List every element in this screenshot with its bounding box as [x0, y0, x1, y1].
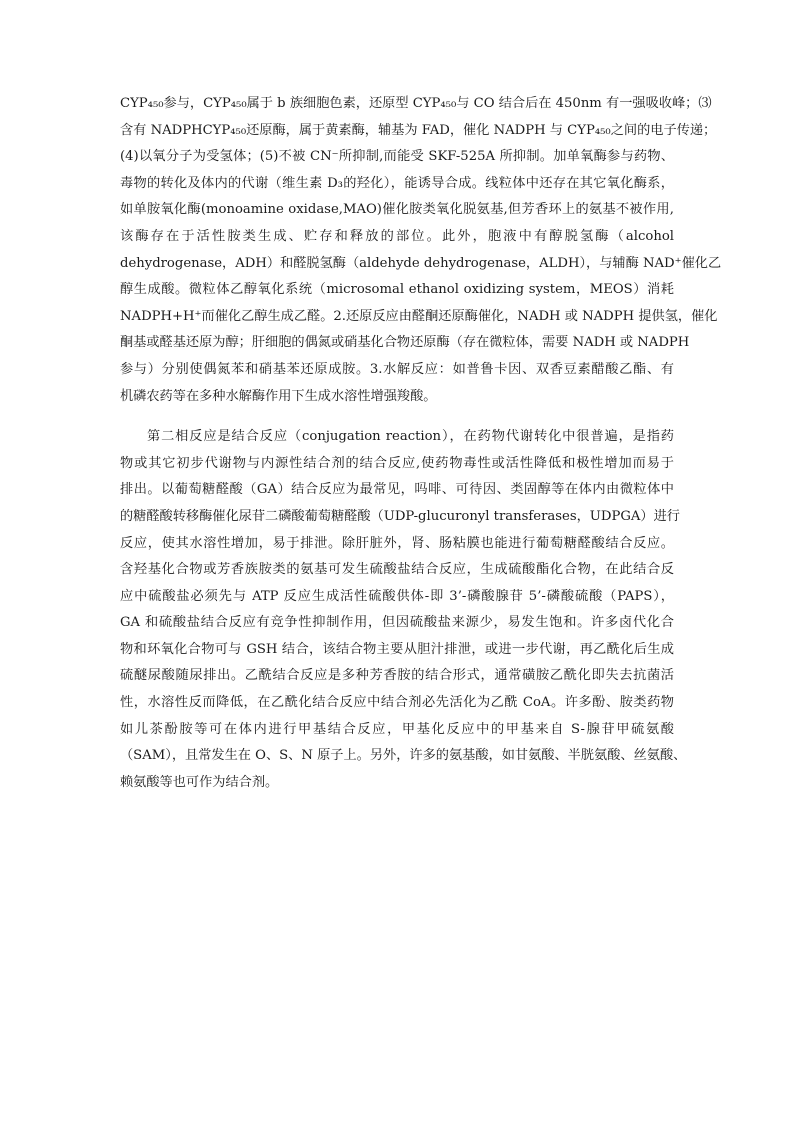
text-line: 赖氨酸等也可作为结合剂。	[120, 770, 674, 797]
text-line: 含羟基化合物或芳香族胺类的氨基可发生硫酸盐结合反应，生成硫酸酯化合物，在此结合反	[120, 557, 674, 584]
text-line: 性，水溶性反而降低，在乙酰化结合反应中结合剂必先活化为乙酰 CoA。许多酚、胺类…	[120, 690, 674, 717]
paragraph-spacer	[120, 410, 674, 424]
text-line: 如单胺氧化酶(monoamine oxidase,MAO)催化胺类氧化脱氨基,但…	[120, 197, 674, 224]
text-line: 的糖醛酸转移酶催化尿苷二磷酸葡萄糖醛酸（UDP-glucuronyl trans…	[120, 504, 674, 531]
text-line: 硫醚尿酸随尿排出。乙酰结合反应是多种芳香胺的结合形式，通常磺胺乙酰化即失去抗菌活	[120, 663, 674, 690]
text-line: 第二相反应是结合反应（conjugation reaction），在药物代谢转化…	[120, 424, 674, 451]
text-line: 物和环氧化合物可与 GSH 结合，该结合物主要从胆汁排泄，或进一步代谢，再乙酰化…	[120, 637, 674, 664]
text-line: 醇生成酸。微粒体乙醇氧化系统（microsomal ethanol oxidiz…	[120, 277, 674, 304]
text-line: GA 和硫酸盐结合反应有竞争性抑制作用，但因硫酸盐来源少，易发生饱和。许多卤代化…	[120, 610, 674, 637]
text-line: 排出。以葡萄糖醛酸（GA）结合反应为最常见，吗啡、可待因、类固醇等在体内由微粒体…	[120, 477, 674, 504]
text-line: 反应，使其水溶性增加，易于排泄。除肝脏外，肾、肠粘膜也能进行葡萄糖醛酸结合反应。	[120, 531, 674, 558]
text-line: 毒物的转化及体内的代谢（维生素 D₃的羟化），能诱导合成。线粒体中还存在其它氧化…	[120, 171, 674, 198]
text-line: 如儿茶酚胺等可在体内进行甲基结合反应，甲基化反应中的甲基来自 S-腺苷甲硫氨酸	[120, 717, 674, 744]
text-line: 机磷农药等在多种水解酶作用下生成水溶性增强羧酸。	[120, 384, 674, 411]
text-line: dehydrogenase，ADH）和醛脱氢酶（aldehyde dehydro…	[120, 251, 674, 278]
text-line: 应中硫酸盐必须先与 ATP 反应生成活性硫酸供体-即 3’-磷酸腺苷 5’-磷酸…	[120, 584, 674, 611]
text-line: 该酶存在于活性胺类生成、贮存和释放的部位。此外，胞液中有醇脱氢酶（alcohol	[120, 224, 674, 251]
text-line: CYP₄₅₀参与，CYP₄₅₀属于 b 族细胞色素，还原型 CYP₄₅₀与 CO…	[120, 91, 674, 118]
text-line: 酮基或醛基还原为醇；肝细胞的偶氮或硝基化合物还原酶（存在微粒体，需要 NADH …	[120, 330, 674, 357]
text-line: 含有 NADPHCYP₄₅₀还原酶，属于黄素酶，辅基为 FAD，催化 NADPH…	[120, 118, 674, 145]
text-line: NADPH+H⁺而催化乙醇生成乙醛。2.还原反应由醛酮还原酶催化，NADH 或 …	[120, 304, 674, 331]
text-line: 参与）分别使偶氮苯和硝基苯还原成胺。3.水解反应：如普鲁卡因、双香豆素醋酸乙酯、…	[120, 357, 674, 384]
document-page: CYP₄₅₀参与，CYP₄₅₀属于 b 族细胞色素，还原型 CYP₄₅₀与 CO…	[120, 91, 674, 796]
text-line: (4)以氧分子为受氢体；(5)不被 CN⁻所抑制,而能受 SKF-525A 所抑…	[120, 144, 674, 171]
paragraph-phase1-reactions: CYP₄₅₀参与，CYP₄₅₀属于 b 族细胞色素，还原型 CYP₄₅₀与 CO…	[120, 91, 674, 410]
text-line: 物或其它初步代谢物与内源性结合剂的结合反应,使药物毒性或活性降低和极性增加而易于	[120, 451, 674, 478]
text-line: （SAM），且常发生在 O、S、N 原子上。另外，许多的氨基酸，如甘氨酸、半胱氨…	[120, 743, 674, 770]
paragraph-phase2-conjugation: 第二相反应是结合反应（conjugation reaction），在药物代谢转化…	[120, 424, 674, 796]
